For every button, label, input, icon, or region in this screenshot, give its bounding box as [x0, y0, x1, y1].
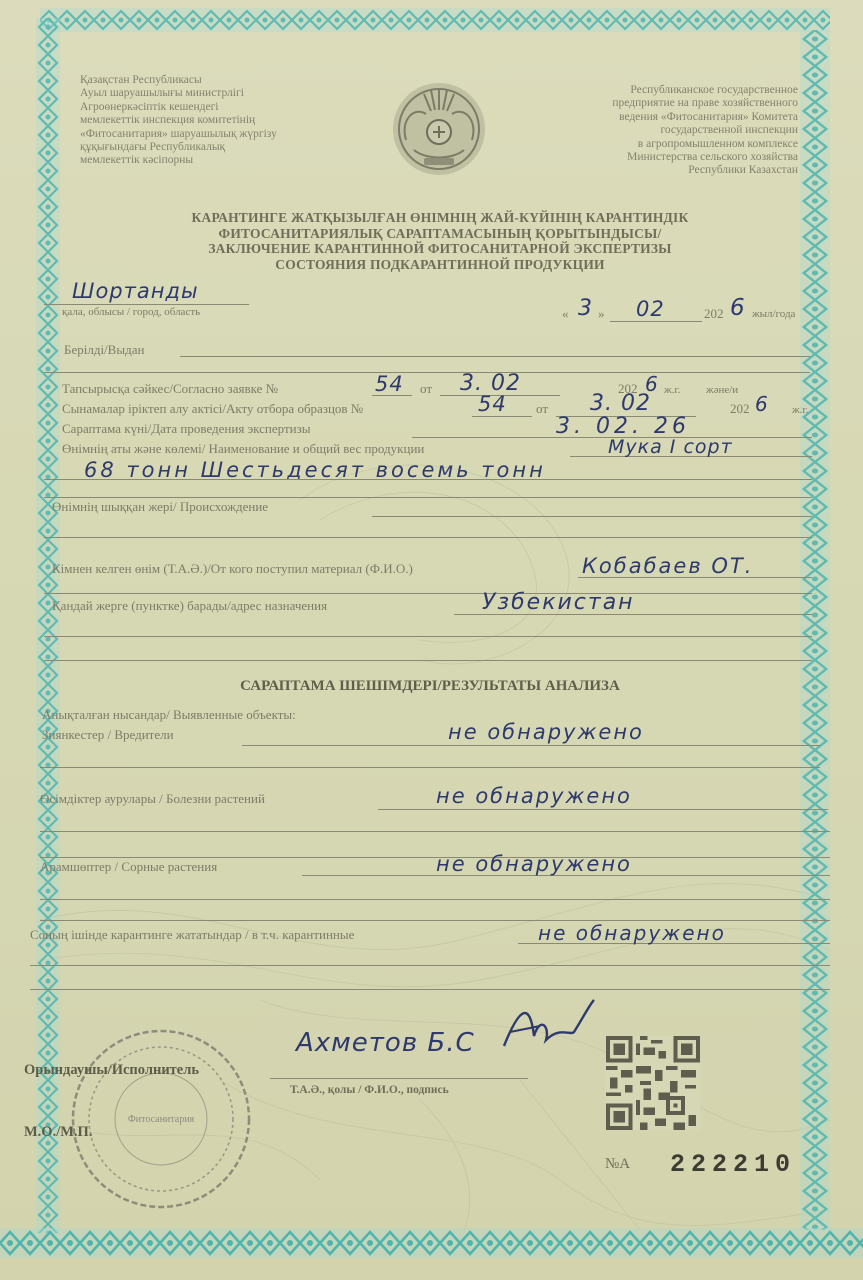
issuer-ru-line: Республиканское государственное: [540, 84, 798, 97]
form-number-label: №А: [605, 1156, 630, 1173]
issuer-kz-line: құқығындағы Республикалық: [80, 141, 277, 154]
blank-line: [40, 767, 820, 768]
application-trailing: және/и: [706, 384, 738, 396]
date-year-suffix: 6: [730, 295, 746, 321]
blank-line: [44, 372, 810, 373]
issuer-kz-line: Ауыл шаруашылығы министрлігі: [80, 87, 277, 100]
ornament-border-bottom: [0, 1228, 863, 1258]
blank-line: [44, 537, 812, 538]
issuer-kz-line: Агроөнеркәсіптік кешендегі: [80, 101, 277, 114]
sampling-year-prefix: 202: [730, 401, 750, 417]
date-day: 3: [578, 296, 593, 321]
issuer-kz-line: Қазақстан Республикасы: [80, 74, 277, 87]
place-line: [44, 304, 249, 305]
application-year-label: ж.г.: [664, 384, 680, 396]
origin-label: Өнімнің шыққан жері/ Происхождение: [52, 499, 268, 515]
title-line: КАРАНТИНГЕ ЖАТҚЫЗЫЛҒАН ӨНІМНІҢ ЖАЙ-КҮЙІН…: [80, 210, 800, 226]
date-year-label: жыл/года: [752, 308, 795, 320]
blank-line: [40, 857, 830, 858]
issuer-ru-line: государственной инспекции: [540, 124, 798, 137]
qr-code: [606, 1036, 700, 1130]
sampling-year-suffix: 6: [755, 392, 769, 416]
executor-signature: Ахметов Б.С: [296, 1028, 475, 1058]
sampling-from-label: от: [536, 401, 548, 417]
weeds-label: Арамшөптер / Сорные растения: [40, 859, 217, 875]
title-line: ЗАКЛЮЧЕНИЕ КАРАНТИННОЙ ФИТОСАНИТАРНОЙ ЭК…: [80, 241, 800, 257]
issuer-ru-line: в агропромышленном комплексе: [540, 138, 798, 151]
issuer-kz-line: «Фитосанитария» шаруашылық жүргізу: [80, 128, 277, 141]
sampling-date: 3. 02: [590, 391, 651, 416]
date-year-prefix: 202: [704, 306, 724, 322]
blank-line: [30, 989, 830, 990]
results-heading: САРАПТАМА ШЕШІМДЕРІ/РЕЗУЛЬТАТЫ АНАЛИЗА: [40, 678, 820, 695]
sampling-number-line: [472, 416, 532, 417]
blank-line: [44, 636, 812, 637]
executor-label: Орындаушы/Исполнитель: [24, 1062, 199, 1079]
blank-line: [30, 965, 830, 966]
issuer-ru-line: ведения «Фитосанитария» Комитета: [540, 111, 798, 124]
destination-value: Узбекистан: [482, 590, 635, 615]
issuer-kazakh: Қазақстан Республикасы Ауыл шаруашылығы …: [80, 74, 277, 168]
signature-scribble: [500, 996, 600, 1056]
blank-line: [44, 660, 812, 661]
issued-label: Берілді/Выдан: [64, 342, 144, 358]
product-label: Өнімнің аты және көлемі/ Наименование и …: [62, 441, 424, 457]
application-from-label: от: [420, 381, 432, 397]
stamp-text: Фитосанитария: [128, 1114, 195, 1125]
title-line: ФИТОСАНИТАРИЯЛЫҚ САРАПТАМАСЫНЫҢ ҚОРЫТЫНД…: [80, 226, 800, 242]
document-title: КАРАНТИНГЕ ЖАТҚЫЗЫЛҒАН ӨНІМНІҢ ЖАЙ-КҮЙІН…: [80, 210, 800, 272]
state-emblem-icon: [386, 80, 492, 178]
quarantine-certificate: Қазақстан Республикасы Ауыл шаруашылығы …: [0, 0, 863, 1280]
diseases-line: [378, 809, 828, 810]
ornament-border-left: [36, 18, 60, 1233]
weeds-value: не обнаружено: [436, 852, 632, 876]
sampling-year-label: ж.г.: [792, 404, 808, 416]
stamp-place-label: М.О./М.П.: [24, 1124, 92, 1141]
title-line: СОСТОЯНИЯ ПОДКАРАНТИННОЙ ПРОДУКЦИИ: [80, 257, 800, 273]
place-label: қала, облысы / город, область: [62, 306, 200, 318]
issuer-russian: Республиканское государственное предприя…: [540, 84, 798, 178]
product-name: Мука I сорт: [608, 436, 733, 458]
expertise-date-label: Сараптама күні/Дата проведения экспертиз…: [62, 421, 310, 437]
pests-label: Зиянкестер / Вредители: [42, 727, 174, 743]
sampling-act-label: Сынамалар іріктеп алу актісі/Акту отбора…: [62, 401, 363, 417]
official-stamp: Фитосанитария: [68, 1026, 254, 1212]
issuer-kz-line: мемлекеттік инспекция комитетінің: [80, 114, 277, 127]
pests-value: не обнаружено: [448, 720, 644, 744]
issued-line: [180, 356, 810, 357]
date-open-quote: «: [562, 306, 569, 322]
application-number: 54: [375, 372, 404, 396]
ornament-border-top: [40, 8, 830, 32]
product-line-2: [44, 479, 812, 480]
blank-line: [44, 593, 812, 594]
issuer-ru-line: предприятие на праве хозяйственного: [540, 97, 798, 110]
issuer-ru-line: Республики Казахстан: [540, 164, 798, 177]
date-close-quote: »: [598, 306, 605, 322]
issuer-ru-line: Министерства сельского хозяйства: [540, 151, 798, 164]
signature-caption: Т.А.Ә., қолы / Ф.И.О., подпись: [290, 1084, 449, 1096]
form-number: 222210: [670, 1150, 796, 1179]
sender-label: Кімнен келген өнім (Т.А.Ә.)/От кого пост…: [52, 561, 413, 577]
signature-line: [270, 1078, 528, 1079]
diseases-label: Өсімдіктер аурулары / Болезни растений: [40, 791, 265, 807]
date-month-line: [610, 321, 702, 322]
destination-label: Қандай жерге (пунктке) барады/адрес назн…: [52, 598, 327, 614]
date-month: 02: [636, 297, 665, 321]
place-value: Шортанды: [72, 279, 199, 303]
sampling-number: 54: [478, 392, 507, 416]
diseases-value: не обнаружено: [436, 784, 632, 808]
sender-value: Кобабаев ОТ.: [582, 554, 753, 578]
blank-line: [40, 831, 830, 832]
quarantine-value: не обнаружено: [538, 921, 726, 945]
blank-line: [40, 899, 830, 900]
blank-line: [44, 497, 812, 498]
application-label: Тапсырысқа сәйкес/Согласно заявке №: [62, 381, 278, 397]
ornament-border-right: [800, 30, 830, 1230]
quarantine-label: Соның ішінде карантинге жататындар / в т…: [30, 927, 354, 943]
origin-line: [372, 516, 812, 517]
detected-objects-label: Анықталған нысандар/ Выявленные объекты:: [42, 707, 296, 723]
issuer-kz-line: мемлекеттік кәсіпорны: [80, 154, 277, 167]
pests-line: [242, 745, 820, 746]
